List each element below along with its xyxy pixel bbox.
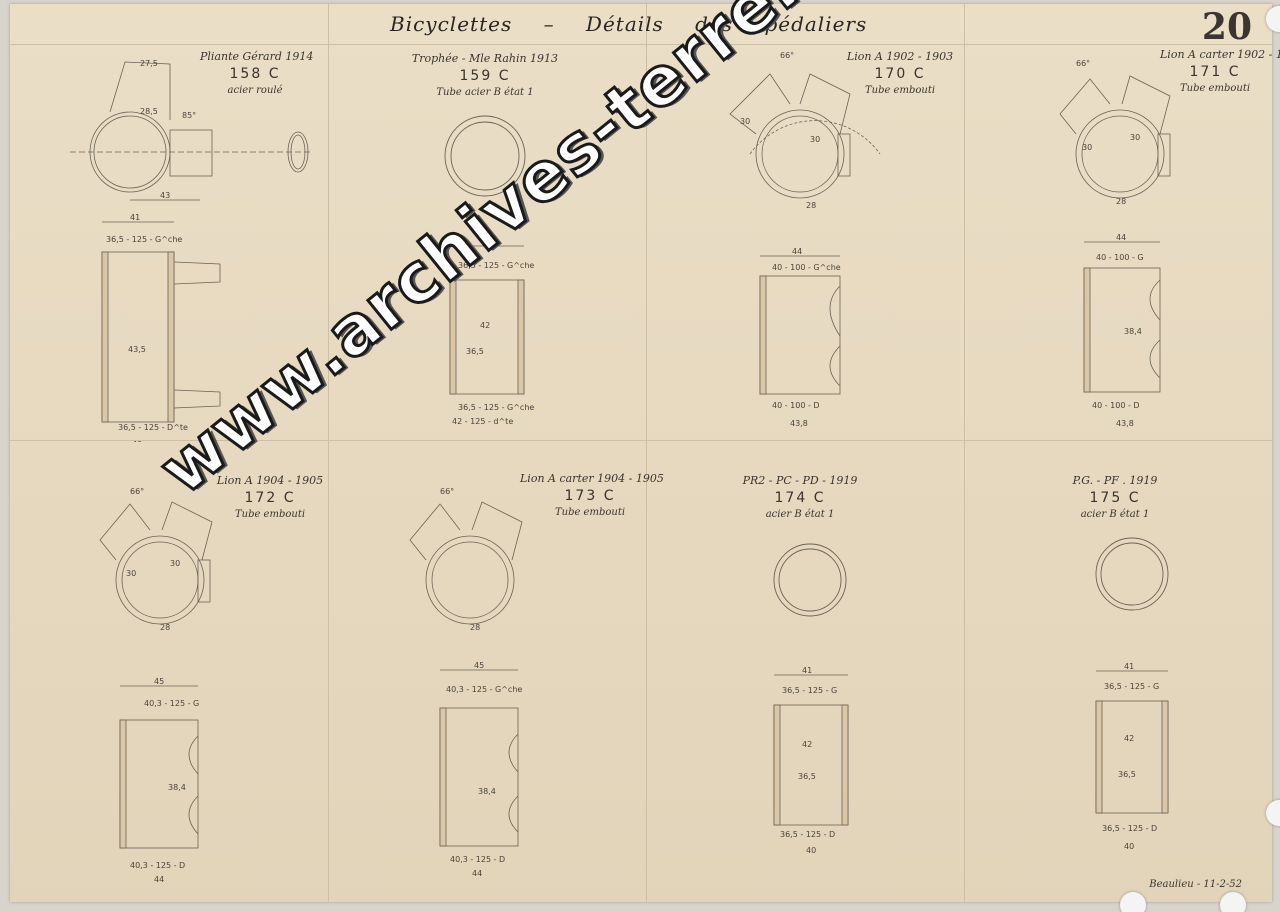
svg-text:42: 42 xyxy=(480,321,490,330)
svg-text:44: 44 xyxy=(472,869,482,876)
svg-text:30: 30 xyxy=(126,569,136,578)
drawing-material: Tube acier B état 1 xyxy=(410,87,560,98)
svg-text:36,5: 36,5 xyxy=(798,772,816,781)
column-divider xyxy=(328,4,329,902)
drawing-material: acier B état 1 xyxy=(1050,509,1180,520)
drawing-material: acier B état 1 xyxy=(730,509,870,520)
svg-text:45: 45 xyxy=(154,677,164,686)
svg-text:40,3 - 125 - D: 40,3 - 125 - D xyxy=(130,861,185,870)
svg-text:43: 43 xyxy=(160,191,170,200)
drawing-172-top-view: 66° 30 30 28 xyxy=(80,484,280,634)
svg-text:40,3 - 125 - D: 40,3 - 125 - D xyxy=(450,855,505,864)
svg-text:30: 30 xyxy=(740,117,750,126)
drawing-175-ring xyxy=(1082,534,1182,624)
drawing-code: 159 C xyxy=(410,68,560,84)
svg-text:28: 28 xyxy=(1116,197,1126,206)
svg-text:36,5 - 125 - G: 36,5 - 125 - G xyxy=(1104,682,1159,691)
drawing-174-section: 41 36,5 - 125 - G 42 36,5 36,5 - 125 - D… xyxy=(710,659,890,859)
svg-text:36,5 - 125 - G^che: 36,5 - 125 - G^che xyxy=(106,235,182,244)
svg-text:30: 30 xyxy=(170,559,180,568)
drawing-170-section: 44 40 - 100 - G^che 40 - 100 - D 43,8 xyxy=(710,236,910,436)
svg-text:42: 42 xyxy=(802,740,812,749)
svg-text:85°: 85° xyxy=(182,111,196,120)
svg-text:36,5: 36,5 xyxy=(1118,770,1136,779)
svg-text:44: 44 xyxy=(792,247,802,256)
clip-bottom xyxy=(1220,892,1246,912)
svg-text:40 - 100 - D: 40 - 100 - D xyxy=(1092,401,1140,410)
svg-text:28: 28 xyxy=(806,201,816,210)
svg-text:44: 44 xyxy=(154,875,164,884)
drawing-name: Trophée - Mle Rahin 1913 xyxy=(410,52,560,65)
svg-text:36,5 - 125 - G^che: 36,5 - 125 - G^che xyxy=(458,403,534,412)
svg-text:36,5 - 125 - G: 36,5 - 125 - G xyxy=(782,686,837,695)
svg-text:41: 41 xyxy=(1124,662,1134,671)
drawing-172-section: 45 40,3 - 125 - G 38,4 40,3 - 125 - D 44 xyxy=(70,666,300,886)
svg-text:38,4: 38,4 xyxy=(478,787,496,796)
drawing-name: PR2 - PC - PD - 1919 xyxy=(730,474,870,487)
svg-text:27,5: 27,5 xyxy=(140,59,158,68)
svg-text:40: 40 xyxy=(806,846,816,855)
drawing-175-section: 41 36,5 - 125 - G 42 36,5 36,5 - 125 - D… xyxy=(1020,659,1200,859)
svg-text:40,3 - 125 - G: 40,3 - 125 - G xyxy=(144,699,199,708)
svg-text:45: 45 xyxy=(474,661,484,670)
svg-text:43,5: 43,5 xyxy=(128,345,146,354)
signature: Beaulieu - 11-2-52 xyxy=(1149,879,1242,890)
clip-bottom xyxy=(1120,892,1146,912)
svg-text:43,8: 43,8 xyxy=(790,419,808,428)
drawing-171-section: 44 40 - 100 - G 38,4 40 - 100 - D 43,8 xyxy=(1020,230,1270,430)
svg-text:43,8: 43,8 xyxy=(1116,419,1134,428)
svg-text:30: 30 xyxy=(810,135,820,144)
svg-text:42: 42 xyxy=(1124,734,1134,743)
svg-text:40: 40 xyxy=(132,440,142,442)
svg-text:40 - 100 - G: 40 - 100 - G xyxy=(1096,253,1144,262)
svg-text:42 - 125 - d^te: 42 - 125 - d^te xyxy=(452,417,513,426)
drawing-173-top-view: 66° 28 xyxy=(390,484,590,634)
svg-text:40 - 100 - D: 40 - 100 - D xyxy=(772,401,820,410)
drawing-170-top-view: 66° 30 30 28 xyxy=(710,44,910,214)
drawing-171-top-view: 66° 30 30 28 xyxy=(1030,54,1230,214)
svg-text:38,4: 38,4 xyxy=(1124,327,1142,336)
svg-text:38,4: 38,4 xyxy=(168,783,186,792)
drawing-label-174: PR2 - PC - PD - 1919 174 C acier B état … xyxy=(730,474,870,520)
svg-text:28: 28 xyxy=(160,623,170,632)
svg-text:41: 41 xyxy=(130,213,140,222)
svg-text:66°: 66° xyxy=(1076,59,1090,68)
svg-text:41: 41 xyxy=(802,666,812,675)
svg-text:36,5 - 125 - D: 36,5 - 125 - D xyxy=(1102,824,1157,833)
column-divider xyxy=(964,4,965,902)
sheet-title: Bicyclettes – Détails des pédaliers xyxy=(390,12,891,36)
drawing-code: 174 C xyxy=(730,490,870,506)
svg-text:40,3 - 125 - G^che: 40,3 - 125 - G^che xyxy=(446,685,522,694)
drawing-173-section: 45 40,3 - 125 - G^che 38,4 40,3 - 125 - … xyxy=(380,656,610,876)
title-word: Bicyclettes xyxy=(390,12,512,36)
drawing-158-top-view: 43 27,5 28,5 85° xyxy=(70,52,320,212)
page-number: 20 xyxy=(1202,6,1252,48)
drawing-name: P.G. - PF . 1919 xyxy=(1050,474,1180,487)
svg-text:66°: 66° xyxy=(130,487,144,496)
svg-text:30: 30 xyxy=(1130,133,1140,142)
svg-text:66°: 66° xyxy=(780,51,794,60)
svg-text:36,5 - 125 - D: 36,5 - 125 - D xyxy=(780,830,835,839)
svg-text:40 - 100 - G^che: 40 - 100 - G^che xyxy=(772,263,841,272)
svg-text:28: 28 xyxy=(470,623,480,632)
title-word: Détails xyxy=(586,12,664,36)
drawing-code: 175 C xyxy=(1050,490,1180,506)
title-dash: – xyxy=(544,12,555,36)
title-rule xyxy=(10,44,1272,45)
svg-text:66°: 66° xyxy=(440,487,454,496)
svg-text:44: 44 xyxy=(1116,233,1126,242)
svg-text:36,5: 36,5 xyxy=(466,347,484,356)
drawing-174-ring xyxy=(760,534,860,624)
drawing-label-159: Trophée - Mle Rahin 1913 159 C Tube acie… xyxy=(410,52,560,98)
svg-text:30: 30 xyxy=(1082,143,1092,152)
svg-text:40: 40 xyxy=(1124,842,1134,851)
svg-text:28,5: 28,5 xyxy=(140,107,158,116)
drawing-label-175: P.G. - PF . 1919 175 C acier B état 1 xyxy=(1050,474,1180,520)
